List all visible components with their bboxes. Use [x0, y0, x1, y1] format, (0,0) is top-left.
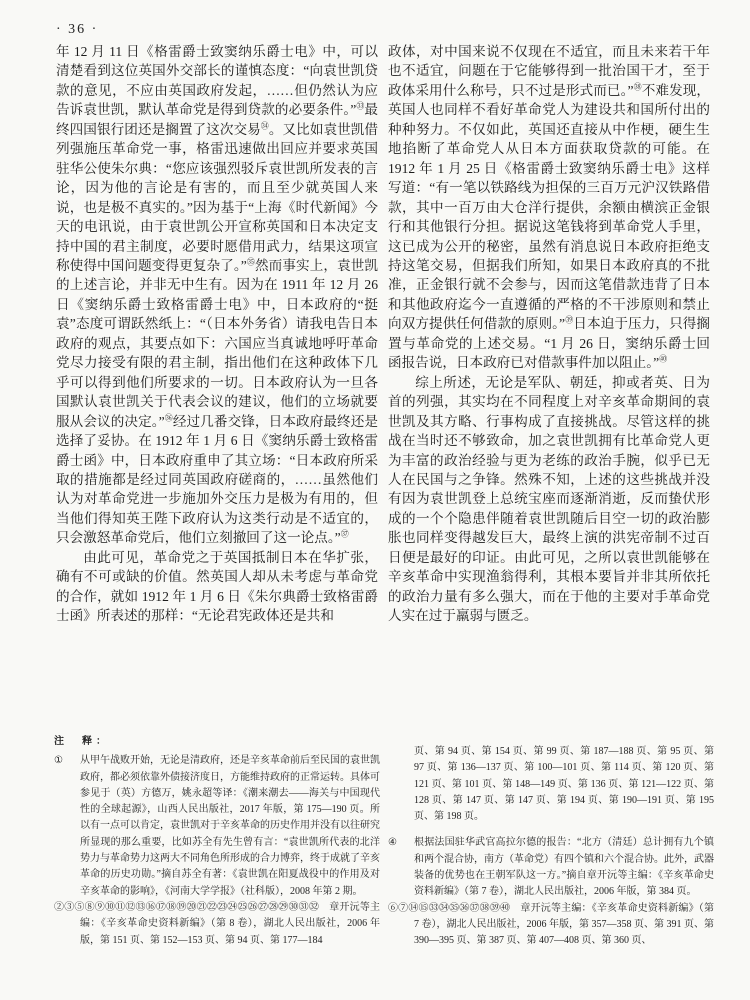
note-text: 根据法国驻华武官高拉尔德的报告：“北方（清廷）总计拥有九个镇和两个混合协，南方（…: [414, 835, 714, 900]
note-item-4: ④ 根据法国驻华武官高拉尔德的报告：“北方（清廷）总计拥有九个镇和两个混合协，南…: [388, 835, 714, 900]
note-number: ④: [388, 835, 414, 900]
note-group-numbers: ⑥⑦⑭⑮㉝㉞㉟㊱㊲㊳㊴㊵: [388, 903, 510, 914]
notes-left-column: 注 释： ① 从甲午战败开始，无论是清政府，还是辛亥革命前后至民国的袁世凯政府，…: [54, 734, 380, 986]
note-group-vol8-continuation: 页、第 94 页、第 154 页、第 99 页、第 187—188 页、第 95…: [414, 744, 714, 825]
paragraph: 由此可见，革命党之于英国抵制日本在华扩张，确有不可或缺的价值。然英国人却从未考虑…: [56, 548, 378, 626]
note-group-numbers: ②③⑤⑧⑨⑩⑪⑫⑬⑯⑰⑱⑲⑳㉑㉒㉓㉔㉕㉖㉗㉘㉙㉚㉛㉜: [54, 902, 319, 913]
note-group-vol7: ⑥⑦⑭⑮㉝㉞㉟㊱㊲㊳㊴㊵ 章开沅等主编：《辛亥革命史资料新编》（第 7 卷），湖…: [388, 901, 714, 950]
page-number: · 36 ·: [56, 22, 98, 38]
note-text: 从甲午战败开始，无论是清政府，还是辛亥革命前后至民国的袁世凯政府，都必须依靠外债…: [80, 753, 380, 900]
note-number: ①: [54, 753, 80, 900]
paragraph-continuation: 年 12 月 11 日《格雷爵士致窦纳乐爵士电》中，可以清楚看到这位英国外交部长…: [56, 42, 378, 548]
document-page: · 36 · 年 12 月 11 日《格雷爵士致窦纳乐爵士电》中，可以清楚看到这…: [0, 0, 750, 1000]
paragraph-continuation: 政体，对中国来说不仅现在不适宜，而且未来若干年也不适宜，问题在于它能够得到一批治…: [388, 42, 710, 373]
main-text-left-column: 年 12 月 11 日《格雷爵士致窦纳乐爵士电》中，可以清楚看到这位英国外交部长…: [56, 42, 378, 734]
notes-header: 注 释：: [54, 734, 380, 750]
main-text-right-column: 政体，对中国来说不仅现在不适宜，而且未来若干年也不适宜，问题在于它能够得到一批治…: [388, 42, 710, 734]
paragraph: 综上所述，无论是军队、朝廷，抑或者英、日为首的列强，其实均在不同程度上对辛亥革命…: [388, 373, 710, 626]
note-item-1: ① 从甲午战败开始，无论是清政府，还是辛亥革命前后至民国的袁世凯政府，都必须依靠…: [54, 753, 380, 900]
notes-right-column: 页、第 94 页、第 154 页、第 99 页、第 187—188 页、第 95…: [388, 734, 714, 986]
note-group-vol8: ②③⑤⑧⑨⑩⑪⑫⑬⑯⑰⑱⑲⑳㉑㉒㉓㉔㉕㉖㉗㉘㉙㉚㉛㉜ 章开沅等主编：《辛亥革命史…: [54, 900, 380, 949]
